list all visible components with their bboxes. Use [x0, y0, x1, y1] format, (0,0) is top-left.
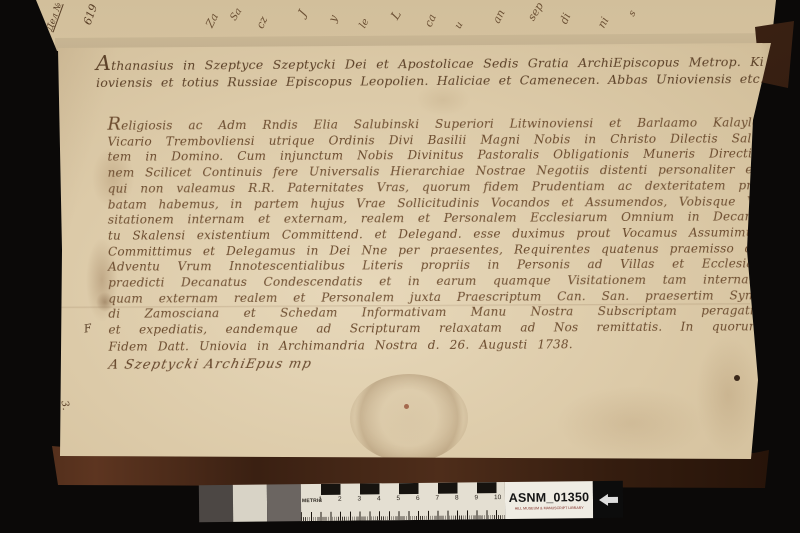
signature: A Szeptycki ArchiEpus mp — [107, 354, 762, 373]
archival-case-number: Дел № — [45, 1, 65, 32]
blind-embossed-seal — [350, 374, 468, 462]
arrow-tail — [606, 496, 617, 502]
edge-writing-fragment: u — [453, 20, 466, 31]
archival-page-number: 619 — [81, 2, 100, 26]
edge-writing-fragment: ni — [595, 15, 611, 30]
edge-writing-fragment: sep — [525, 0, 546, 23]
edge-writing-fragment: cz — [254, 14, 271, 30]
edge-writing-fragment: L — [388, 8, 404, 22]
edge-writing-fragment: y — [326, 13, 340, 24]
dark-speck — [734, 375, 740, 381]
ruler-number: 8 — [455, 495, 459, 502]
ruler-number: 2 — [338, 496, 342, 503]
manuscript-page: Athanasius in Szeptyce Szeptycki Dei et … — [0, 0, 800, 533]
manuscript-date-line: Fidem Datt. Uniovia in Archimandria Nost… — [109, 336, 761, 355]
manuscript-photograph: Za Sa cz J y le L ca u an sep di ni s Де… — [0, 0, 800, 533]
catalog-number: ASNM_01350 — [509, 490, 590, 505]
catalog-label: ASNM_01350 HILL MUSEUM & MANUSCRIPT LIBR… — [505, 481, 593, 519]
page-stain — [556, 386, 706, 460]
ruler-number: 9 — [474, 494, 478, 501]
gray-patch-mid — [267, 484, 301, 521]
ruler-number: 7 — [435, 495, 439, 502]
manuscript-heading: Athanasius in Szeptyce Szeptycki Dei et … — [96, 51, 764, 91]
left-arrow-icon — [593, 481, 623, 518]
left-margin-mark: F — [83, 321, 93, 335]
ruler-number: 4 — [377, 495, 381, 502]
edge-writing-fragment: ca — [422, 12, 439, 29]
ruler-number: 6 — [416, 495, 420, 502]
manuscript-body: Religiosis ac Adm Rndis Elia Salubinski … — [107, 113, 760, 373]
metric-ruler: METRIC 1 2 3 4 5 6 7 8 9 10 — [301, 482, 505, 521]
ruler-number: 1 — [318, 496, 322, 503]
photo-scale-bar: METRIC 1 2 3 4 5 6 7 8 9 10 ASNM_01350 H… — [199, 481, 623, 522]
edge-writing-fragment: Za — [203, 11, 221, 29]
manuscript-line: ioviensis et totius Russiae Episcopus Le… — [96, 70, 764, 91]
edge-writing-fragment: Sa — [228, 6, 244, 23]
ruler-number: 3 — [357, 496, 361, 503]
ruler-number: 10 — [494, 494, 501, 501]
ruler-checker-blocks — [320, 482, 505, 495]
edge-writing-fragment: s — [627, 9, 639, 19]
gray-patch-white — [233, 485, 267, 522]
edge-writing-fragment: le — [358, 17, 372, 30]
bottom-margin-mark: 3. — [58, 400, 71, 412]
ruler-number: 5 — [396, 495, 400, 502]
edge-writing-fragment: J — [295, 7, 310, 18]
gray-patch-dark — [199, 485, 233, 522]
ruler-mm-ticks — [301, 515, 505, 522]
institution-name: HILL MUSEUM & MANUSCRIPT LIBRARY — [515, 505, 584, 510]
edge-writing-fragment: an — [490, 8, 508, 26]
edge-writing-fragment: di — [557, 11, 573, 26]
